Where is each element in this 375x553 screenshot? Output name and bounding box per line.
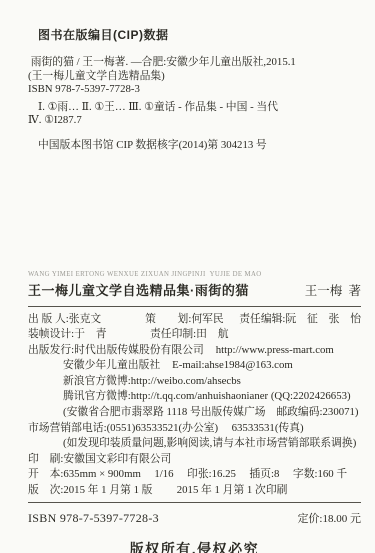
press-entry: 安徽少年儿童出版社: [63, 358, 160, 374]
editor-entry: 责任编辑:阮 征 张 怡: [239, 312, 361, 328]
cip-series-line: (王一梅儿童文学自选精品集): [28, 70, 361, 84]
print-supervisor-entry: 责任印制:田 航: [150, 327, 248, 343]
colophon-row-issuer: 出版发行:时代出版传媒股份有限公司http://www.press-mart.c…: [28, 343, 361, 359]
title-row: 王一梅儿童文学自选精品集·雨街的猫 王一梅 著: [28, 280, 361, 299]
title-pinyin: WANG YIMEI ERTONG WENXUE ZIXUAN JINGPINJ…: [28, 271, 361, 278]
cip-isbn-line: ISBN 978-7-5397-7728-3: [28, 83, 361, 97]
book-author: 王一梅 著: [305, 281, 361, 299]
cip-record-number: 中国版本图书馆 CIP 数据核字(2014)第 304213 号: [38, 137, 361, 152]
isbn-row: ISBN 978-7-5397-7728-3 定价:18.00 元: [28, 510, 361, 526]
quality-note-entry: (如发现印装质量问题,影响阅读,请与本社市场营销部联系调换): [28, 436, 361, 452]
sina-weibo-entry: 新浪官方微博:http://weibo.com/ahsecbs: [28, 374, 361, 390]
cip-block: 雨街的猫 / 王一梅著. —合肥:安徽少年儿童出版社,2015.1 (王一梅儿童…: [28, 56, 361, 97]
edition-entry: 版 次:2015 年 1 月第 1 版 2015 年 1 月第 1 次印刷: [28, 483, 361, 499]
designer-entry: 装帧设计:于 青: [28, 327, 150, 343]
publisher-entry: 出 版 人:张克文: [28, 312, 145, 328]
title-section: WANG YIMEI ERTONG WENXUE ZIXUAN JINGPINJ…: [28, 271, 361, 307]
issuer-entry: 出版发行:时代出版传媒股份有限公司: [28, 343, 204, 359]
cip-classification-line-2: Ⅳ. ①I287.7: [28, 114, 361, 128]
footer-isbn: ISBN 978-7-5397-7728-3: [28, 511, 159, 526]
cip-classification: Ⅰ. ①雨… Ⅱ. ①王… Ⅲ. ①童话 - 作品集 - 中国 - 当代 Ⅳ. …: [28, 101, 361, 128]
marketing-phone-entry: 市场营销部电话:(0551)63533521(办公室) 63533531(传真): [28, 421, 361, 437]
cip-description-line: 雨街的猫 / 王一梅著. —合肥:安徽少年儿童出版社,2015.1: [28, 56, 361, 70]
format-entry: 开 本:635mm × 900mm 1/16 印张:16.25 插页:8 字数:…: [28, 467, 361, 483]
colophon-row-staff-1: 出 版 人:张克文 策 划:何军民 责任编辑:阮 征 张 怡: [28, 312, 361, 328]
spacer: [160, 358, 172, 374]
footer-divider: [28, 502, 361, 503]
issuer-url: http://www.press-mart.com: [216, 343, 334, 359]
press-email: E-mail:ahse1984@163.com: [172, 358, 293, 374]
copyright-page: 图书在版编目(CIP)数据 雨街的猫 / 王一梅著. —合肥:安徽少年儿童出版社…: [0, 0, 375, 553]
cip-header: 图书在版编目(CIP)数据: [38, 26, 361, 43]
colophon-row-press: 安徽少年儿童出版社E-mail:ahse1984@163.com: [28, 358, 361, 374]
spacer: [204, 343, 216, 359]
colophon-block: 出 版 人:张克文 策 划:何军民 责任编辑:阮 征 张 怡 装帧设计:于 青 …: [28, 312, 361, 499]
printer-entry: 印 刷:安徽国文彩印有限公司: [28, 452, 361, 468]
book-title: 王一梅儿童文学自选精品集·雨街的猫: [28, 280, 249, 299]
colophon-row-staff-2: 装帧设计:于 青 责任印制:田 航: [28, 327, 361, 343]
tencent-weibo-entry: 腾讯官方微博:http://t.qq.com/anhuishaonianer (…: [28, 389, 361, 405]
cip-classification-line-1: Ⅰ. ①雨… Ⅱ. ①王… Ⅲ. ①童话 - 作品集 - 中国 - 当代: [28, 101, 361, 115]
title-divider: [28, 306, 361, 307]
planner-entry: 策 划:何军民: [145, 312, 239, 328]
footer-price: 定价:18.00 元: [297, 510, 361, 526]
address-entry: (安徽省合肥市翡翠路 1118 号出版传媒广场 邮政编码:230071): [28, 405, 361, 421]
copyright-notice: 版权所有,侵权必究: [28, 539, 361, 553]
